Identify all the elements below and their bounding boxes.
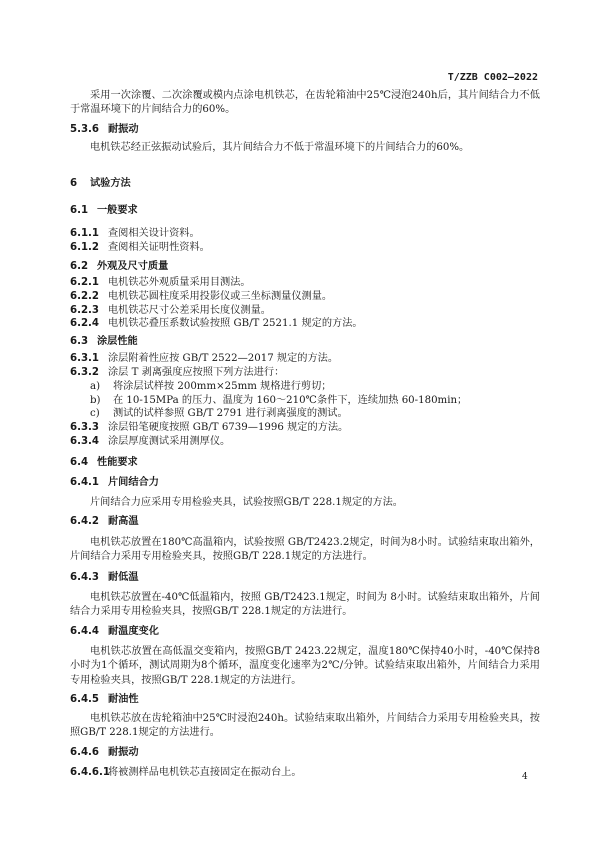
section-title: 耐低温 [108, 572, 139, 583]
list-marker: b) [90, 394, 113, 408]
section-title: 耐振动 [108, 747, 139, 758]
clause-6-2-1: 6.2.1电机铁芯外观质量采用目测法。 [70, 276, 251, 290]
list-text: 测试的试样参照 GB/T 2791 进行剥离强度的测试。 [113, 408, 348, 419]
heading-6-1: 6.1一般要求 [70, 204, 138, 218]
paragraph-6-4-4: 电机铁芯放置在高低温交变箱内，按照GB/T 2423.22规定，温度180℃保持… [70, 645, 540, 688]
clause-text: 查阅相关证明性资料。 [108, 242, 210, 253]
clause-text: 涂层附着性应按 GB/T 2522—2017 规定的方法。 [108, 353, 338, 364]
document-page: T/ZZB C002—2022 采用一次涂覆、二次涂覆或模内点涂电机铁芯，在齿轮… [0, 0, 595, 842]
section-title: 耐油性 [108, 694, 139, 705]
heading-6-4: 6.4性能要求 [70, 456, 138, 470]
clause-number: 6.2.1 [70, 276, 108, 290]
heading-6-3: 6.3涂层性能 [70, 335, 138, 349]
clause-number: 6.1.1 [70, 227, 108, 241]
heading-6-4-2: 6.4.2耐高温 [70, 515, 139, 529]
heading-6-4-3: 6.4.3耐低温 [70, 571, 139, 585]
heading-6-2: 6.2外观及尺寸质量 [70, 260, 168, 274]
clause-6-3-1: 6.3.1涂层附着性应按 GB/T 2522—2017 规定的方法。 [70, 352, 338, 366]
page-number: 4 [522, 772, 528, 782]
clause-text: 电机铁芯叠压系数试验按照 GB/T 2521.1 规定的方法。 [108, 318, 363, 329]
clause-6-3-2: 6.3.2涂层 T 剥离强度应按照下列方法进行： [70, 366, 284, 380]
section-title: 片间结合力 [108, 477, 159, 488]
section-number: 6.3 [70, 335, 91, 349]
clause-number: 6.3.4 [70, 435, 108, 449]
section-number: 6.4.1 [70, 476, 108, 490]
heading-6-4-4: 6.4.4耐温度变化 [70, 625, 159, 639]
document-code-header: T/ZZB C002—2022 [448, 71, 538, 85]
clause-6-1-1: 6.1.1查阅相关设计资料。 [70, 227, 200, 241]
paragraph-6-4-5: 电机铁芯放在齿轮箱油中25℃时浸泡240h。试验结束取出箱外，片间结合力采用专用… [70, 712, 540, 741]
intro-paragraph: 采用一次涂覆、二次涂覆或模内点涂电机铁芯，在齿轮箱油中25℃浸泡240h后，其片… [70, 89, 540, 118]
section-number: 6 [70, 177, 84, 191]
list-text: 将涂层试样按 200mm×25mm 规格进行剪切； [113, 381, 332, 392]
clause-number: 6.4.6.1 [70, 766, 108, 780]
heading-6: 6试验方法 [70, 177, 131, 191]
clause-text: 查阅相关设计资料。 [108, 228, 200, 239]
heading-6-4-5: 6.4.5耐油性 [70, 693, 139, 707]
clause-6-1-2: 6.1.2查阅相关证明性资料。 [70, 241, 210, 255]
clause-6-3-4: 6.3.4涂层厚度测试采用测厚仪。 [70, 435, 230, 449]
section-number: 6.4.6 [70, 746, 108, 760]
clause-number: 6.2.4 [70, 317, 108, 331]
section-title: 耐振动 [108, 124, 139, 135]
section-title: 一般要求 [97, 205, 138, 216]
clause-text: 电机铁芯尺寸公差采用长度仪测量。 [108, 305, 271, 316]
clause-6-2-3: 6.2.3电机铁芯尺寸公差采用长度仪测量。 [70, 304, 271, 318]
list-marker: c) [90, 407, 113, 421]
section-number: 6.2 [70, 260, 91, 274]
clause-text: 涂层 T 剥离强度应按照下列方法进行： [108, 367, 284, 378]
clause-text: 涂层厚度测试采用测厚仪。 [108, 436, 230, 447]
section-title: 涂层性能 [97, 336, 138, 347]
list-item-a: a)将涂层试样按 200mm×25mm 规格进行剪切； [90, 380, 332, 394]
clause-number: 6.1.2 [70, 241, 108, 255]
section-title: 耐高温 [108, 516, 139, 527]
clause-6-2-4: 6.2.4电机铁芯叠压系数试验按照 GB/T 2521.1 规定的方法。 [70, 317, 363, 331]
list-marker: a) [90, 380, 113, 394]
heading-5-3-6: 5.3.6耐振动 [70, 123, 139, 137]
heading-6-4-6: 6.4.6耐振动 [70, 746, 139, 760]
clause-text: 电机铁芯圆柱度采用投影仪或三坐标测量仪测量。 [108, 291, 332, 302]
clause-number: 6.2.3 [70, 304, 108, 318]
clause-6-3-3: 6.3.3涂层铅笔硬度按照 GB/T 6739—1996 规定的方法。 [70, 421, 348, 435]
list-text: 在 10-15MPa 的压力、温度为 160～210℃条件下，连续加热 60-1… [113, 395, 467, 406]
section-title: 耐温度变化 [108, 626, 159, 637]
paragraph-5-3-6: 电机铁芯经正弦振动试验后，其片间结合力不低于常温环境下的片间结合力的60%。 [70, 141, 540, 155]
clause-number: 6.3.1 [70, 352, 108, 366]
section-number: 6.1 [70, 204, 91, 218]
section-title: 试验方法 [90, 178, 131, 189]
section-number: 6.4 [70, 456, 91, 470]
clause-6-2-2: 6.2.2电机铁芯圆柱度采用投影仪或三坐标测量仪测量。 [70, 290, 332, 304]
section-number: 6.4.5 [70, 693, 108, 707]
clause-text: 涂层铅笔硬度按照 GB/T 6739—1996 规定的方法。 [108, 422, 348, 433]
paragraph-6-4-2: 电机铁芯放置在180℃高温箱内，试验按照 GB/T2423.2规定，时间为8小时… [70, 536, 540, 565]
paragraph-6-4-1: 片间结合力应采用专用检验夹具，试验按照GB/T 228.1规定的方法。 [70, 496, 540, 510]
section-number: 6.4.4 [70, 625, 108, 639]
list-item-b: b)在 10-15MPa 的压力、温度为 160～210℃条件下，连续加热 60… [90, 394, 467, 408]
clause-number: 6.3.2 [70, 366, 108, 380]
list-item-c: c)测试的试样参照 GB/T 2791 进行剥离强度的测试。 [90, 407, 348, 421]
section-number: 6.4.2 [70, 515, 108, 529]
paragraph-6-4-3: 电机铁芯放置在-40℃低温箱内，按照 GB/T2423.1规定，时间为 8小时。… [70, 591, 540, 620]
clause-number: 6.2.2 [70, 290, 108, 304]
section-title: 外观及尺寸质量 [97, 261, 168, 272]
section-number: 5.3.6 [70, 123, 108, 137]
section-number: 6.4.3 [70, 571, 108, 585]
clause-6-4-6-1: 6.4.6.1将被测样品电机铁芯直接固定在振动台上。 [70, 766, 302, 780]
heading-6-4-1: 6.4.1片间结合力 [70, 476, 159, 490]
section-title: 性能要求 [97, 457, 138, 468]
clause-text: 电机铁芯外观质量采用目测法。 [108, 277, 251, 288]
clause-number: 6.3.3 [70, 421, 108, 435]
clause-text: 将被测样品电机铁芯直接固定在振动台上。 [108, 767, 302, 778]
